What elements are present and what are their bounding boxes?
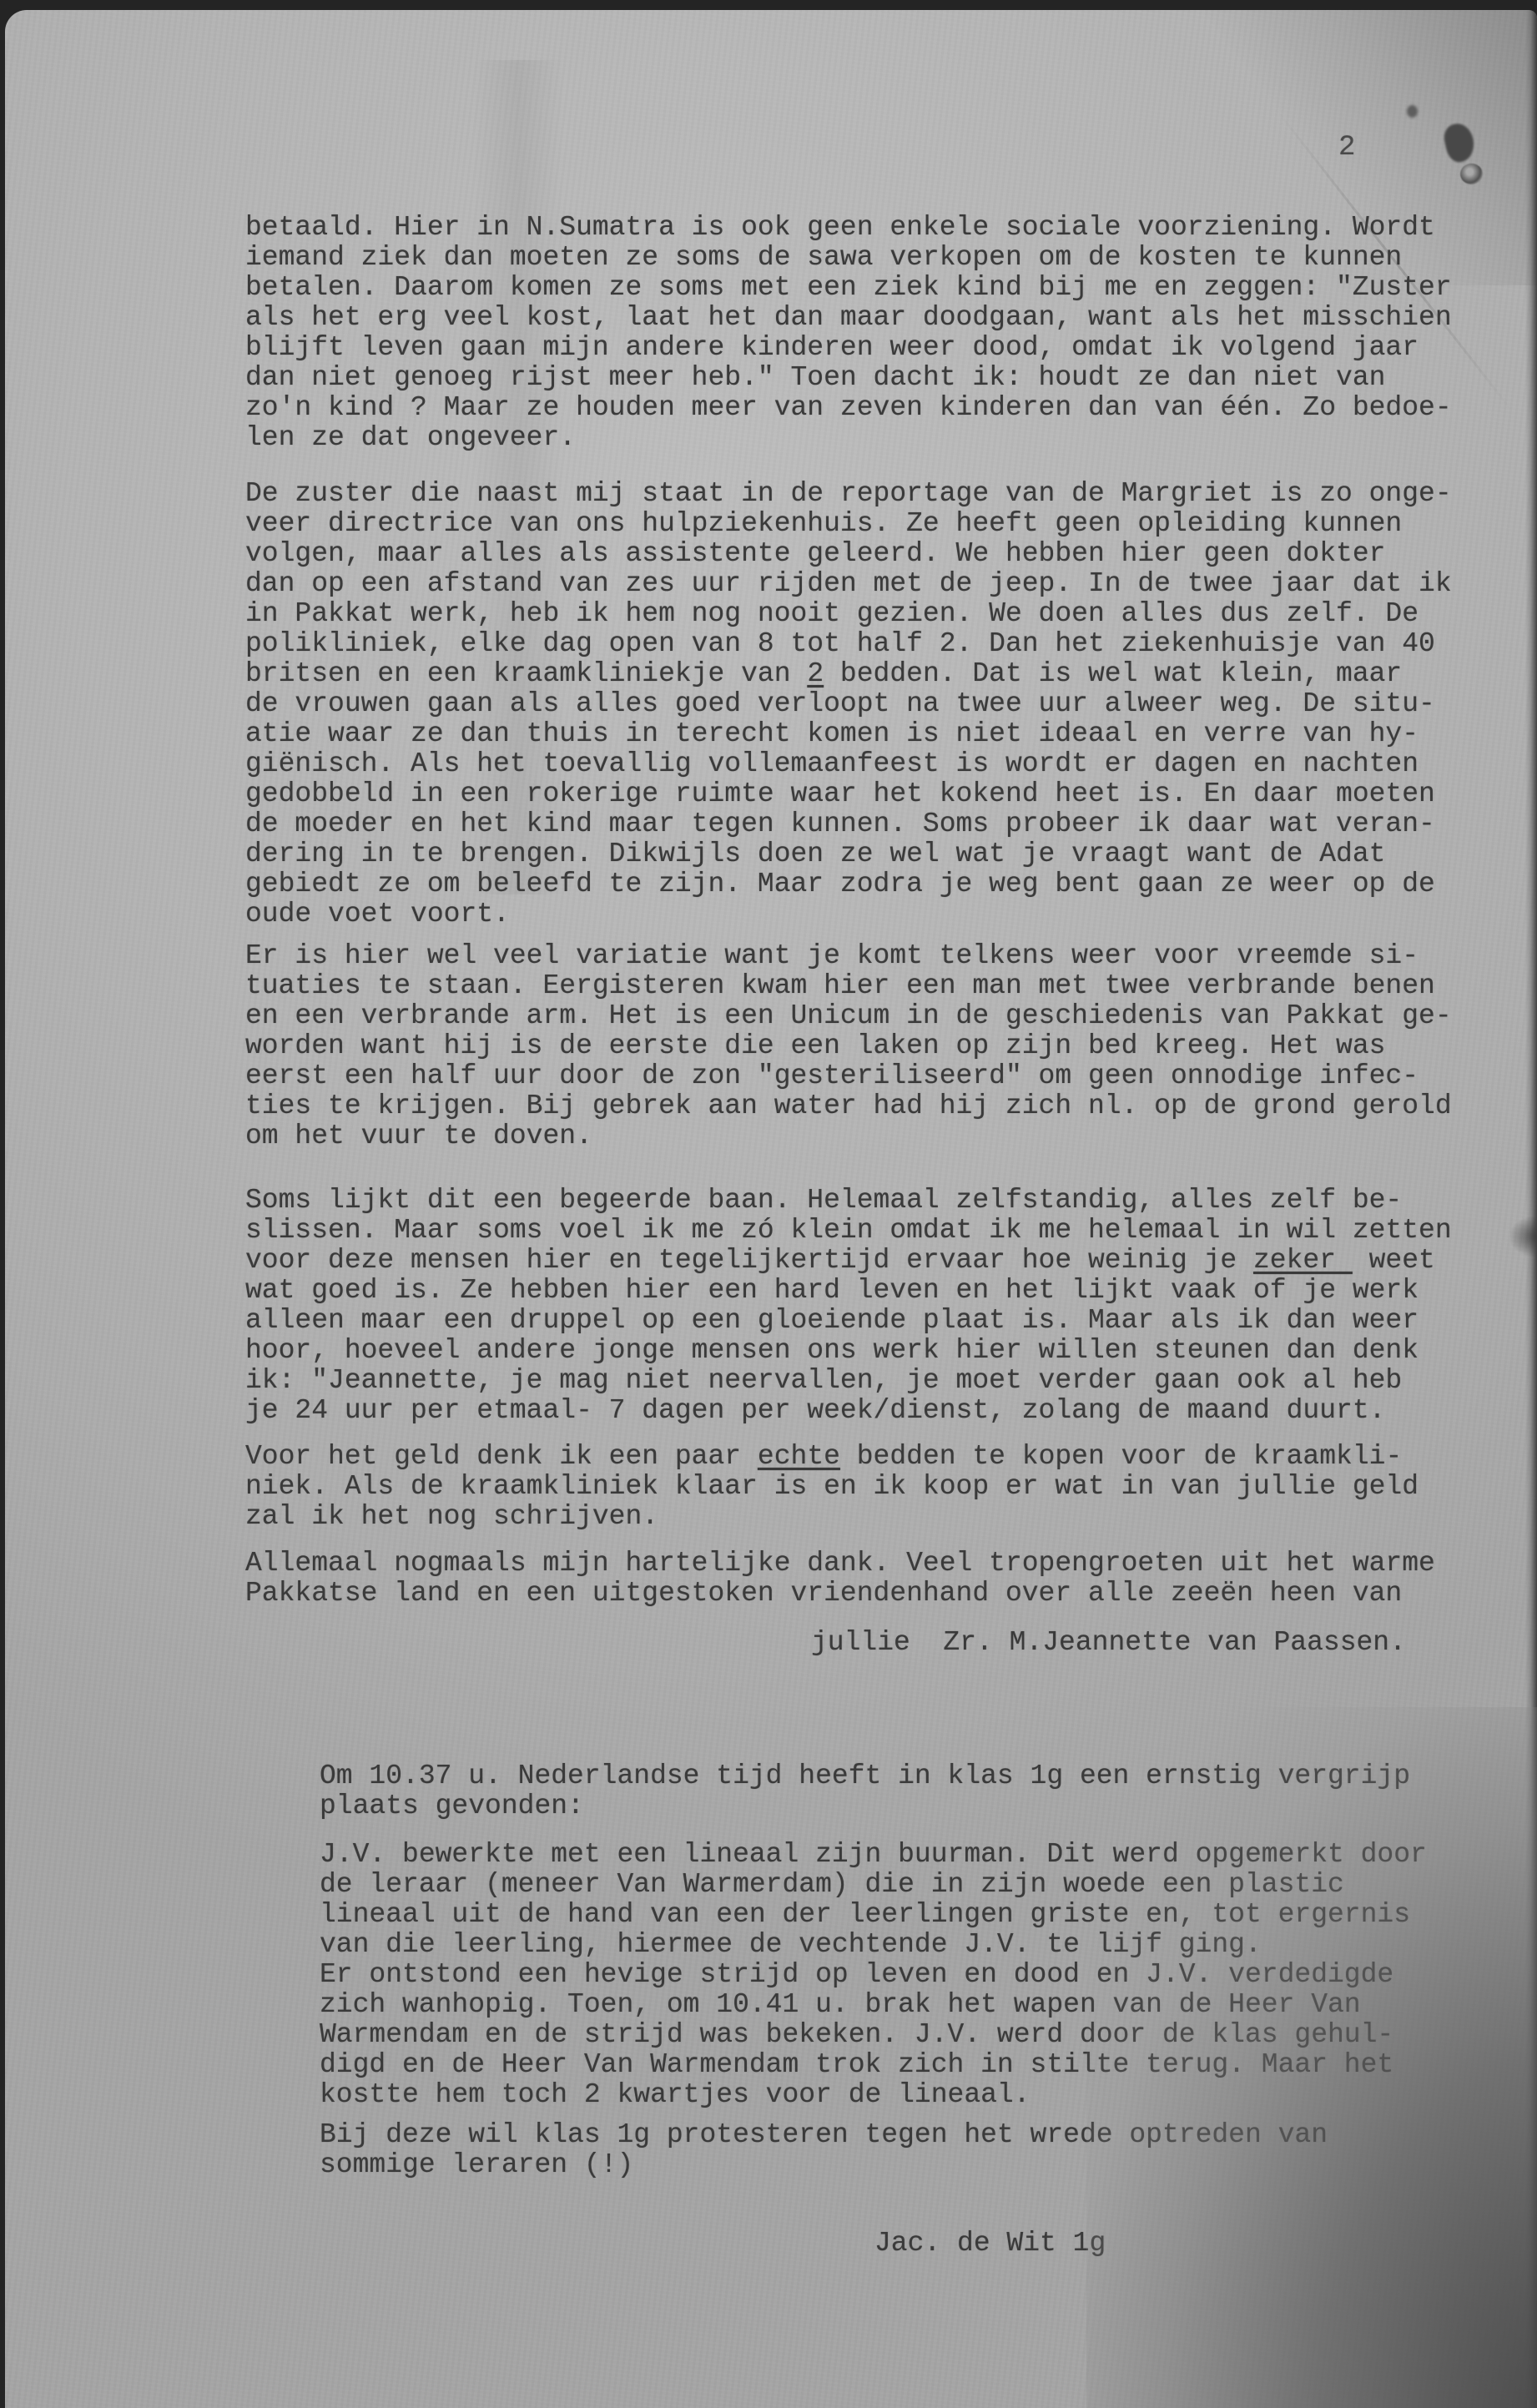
underlined-text: zeker bbox=[1253, 1245, 1353, 1276]
text-segment: zo'n kind ? Maar ze houden meer van zeve… bbox=[245, 392, 1452, 423]
text-line: polikliniek, elke dag open van 8 tot hal… bbox=[245, 629, 1452, 659]
text-line: en een verbrande arm. Het is een Unicum … bbox=[245, 1001, 1452, 1031]
text-segment: zal ik het nog schrijven. bbox=[245, 1501, 658, 1532]
note-signature: Jac. de Wit 1g bbox=[874, 2229, 1106, 2259]
text-line: Soms lijkt dit een begeerde baan. Helema… bbox=[245, 1186, 1452, 1216]
text-segment: Voor het geld denk ik een paar bbox=[245, 1441, 758, 1472]
page-number: 2 bbox=[1338, 132, 1355, 164]
letter-paragraph-5: Voor het geld denk ik een paar echte bed… bbox=[245, 1442, 1419, 1532]
letter-signature: jullie Zr. M.Jeannette van Paassen. bbox=[811, 1628, 1406, 1658]
letter-paragraph-3: Er is hier wel veel variatie want je kom… bbox=[245, 941, 1452, 1151]
text-segment: britsen en een kraamkliniekje van bbox=[245, 658, 807, 689]
text-segment: dering in te brengen. Dikwijls doen ze w… bbox=[245, 839, 1385, 869]
text-segment: betaald. Hier in N.Sumatra is ook geen e… bbox=[245, 212, 1435, 243]
text-segment: in Pakkat werk, heb ik hem nog nooit gez… bbox=[245, 598, 1419, 629]
text-line: in Pakkat werk, heb ik hem nog nooit gez… bbox=[245, 599, 1452, 629]
text-line: betaald. Hier in N.Sumatra is ook geen e… bbox=[245, 213, 1452, 243]
text-line: zal ik het nog schrijven. bbox=[245, 1502, 1419, 1532]
text-line: slissen. Maar soms voel ik me zó klein o… bbox=[245, 1216, 1452, 1246]
underlined-text: echte bbox=[758, 1441, 840, 1472]
text-segment: wat goed is. Ze hebben hier een hard lev… bbox=[245, 1275, 1419, 1306]
text-line: worden want hij is de eerste die een lak… bbox=[245, 1031, 1452, 1061]
text-line: gebiedt ze om beleefd te zijn. Maar zodr… bbox=[245, 869, 1452, 899]
text-line: tuaties te staan. Eergisteren kwam hier … bbox=[245, 971, 1452, 1001]
text-segment: dan op een afstand van zes uur rijden me… bbox=[245, 568, 1452, 599]
text-segment: veer directrice van ons hulpziekenhuis. … bbox=[245, 508, 1402, 539]
text-line: niek. Als de kraamkliniek klaar is en ik… bbox=[245, 1472, 1419, 1502]
ink-blotch-dot bbox=[1407, 105, 1418, 118]
text-segment: plaats gevonden: bbox=[320, 1791, 584, 1821]
text-line: Allemaal nogmaals mijn hartelijke dank. … bbox=[245, 1549, 1435, 1579]
text-segment: ties te krijgen. Bij gebrek aan water ha… bbox=[245, 1091, 1452, 1121]
letter-paragraph-4: Soms lijkt dit een begeerde baan. Helema… bbox=[245, 1186, 1452, 1426]
text-segment: Pakkatse land en een uitgestoken vriende… bbox=[245, 1578, 1402, 1609]
text-line: dan op een afstand van zes uur rijden me… bbox=[245, 569, 1452, 599]
text-line: Er is hier wel veel variatie want je kom… bbox=[245, 941, 1452, 971]
text-segment: oude voet voort. bbox=[245, 899, 510, 929]
text-segment: sommige leraren (!) bbox=[320, 2149, 633, 2180]
text-line: britsen en een kraamkliniekje van 2 bedd… bbox=[245, 659, 1452, 689]
text-line: ik: "Jeannette, je mag niet neervallen, … bbox=[245, 1366, 1452, 1396]
text-line: len ze dat ongeveer. bbox=[245, 423, 1452, 453]
text-line: betalen. Daarom komen ze soms met een zi… bbox=[245, 273, 1452, 303]
letter-paragraph-6: Allemaal nogmaals mijn hartelijke dank. … bbox=[245, 1549, 1435, 1609]
text-segment: je 24 uur per etmaal- 7 dagen per week/d… bbox=[245, 1395, 1385, 1426]
text-segment: bedden. Dat is wel wat klein, maar bbox=[824, 658, 1402, 689]
text-segment: als het erg veel kost, laat het dan maar… bbox=[245, 302, 1452, 333]
text-line: als het erg veel kost, laat het dan maar… bbox=[245, 303, 1452, 333]
text-line: eerst een half uur door de zon "gesteril… bbox=[245, 1061, 1452, 1091]
text-segment: bedden te kopen voor de kraamkli- bbox=[840, 1441, 1402, 1472]
text-line: hoor, hoeveel andere jonge mensen ons we… bbox=[245, 1336, 1452, 1366]
text-line: volgen, maar alles als assistente geleer… bbox=[245, 539, 1452, 569]
text-line: giënisch. Als het toevallig vollemaanfee… bbox=[245, 749, 1452, 779]
text-segment: polikliniek, elke dag open van 8 tot hal… bbox=[245, 628, 1435, 659]
text-line: veer directrice van ons hulpziekenhuis. … bbox=[245, 509, 1452, 539]
text-line: alleen maar een druppel op een gloeiende… bbox=[245, 1306, 1452, 1336]
text-segment: slissen. Maar soms voel ik me zó klein o… bbox=[245, 1215, 1452, 1246]
text-line: ties te krijgen. Bij gebrek aan water ha… bbox=[245, 1091, 1452, 1121]
text-segment: en een verbrande arm. Het is een Unicum … bbox=[245, 1000, 1452, 1031]
text-segment: de vrouwen gaan als alles goed verloopt … bbox=[245, 688, 1435, 719]
text-segment: len ze dat ongeveer. bbox=[245, 422, 576, 453]
text-line: voor deze mensen hier en tegelijkertijd … bbox=[245, 1246, 1452, 1276]
ink-blotch-ring bbox=[1460, 164, 1483, 184]
text-segment: hoor, hoeveel andere jonge mensen ons we… bbox=[245, 1335, 1419, 1366]
paper-edge-notch bbox=[1510, 1217, 1537, 1257]
text-segment: eerst een half uur door de zon "gesteril… bbox=[245, 1060, 1419, 1091]
text-line: Pakkatse land en een uitgestoken vriende… bbox=[245, 1579, 1435, 1609]
text-segment: Allemaal nogmaals mijn hartelijke dank. … bbox=[245, 1548, 1435, 1579]
text-segment: Soms lijkt dit een begeerde baan. Helema… bbox=[245, 1185, 1402, 1216]
text-segment: atie waar ze dan thuis in terecht komen … bbox=[245, 718, 1419, 749]
text-segment: kostte hem toch 2 kwartjes voor de linea… bbox=[320, 2079, 1031, 2110]
text-line: de moeder en het kind maar tegen kunnen.… bbox=[245, 809, 1452, 839]
underlined-text: 2 bbox=[807, 658, 824, 689]
text-segment: dan niet genoeg rijst meer heb." Toen da… bbox=[245, 362, 1385, 393]
text-segment: weet bbox=[1353, 1245, 1435, 1276]
text-segment: de moeder en het kind maar tegen kunnen.… bbox=[245, 809, 1435, 839]
text-line: gedobbeld in een rokerige ruimte waar he… bbox=[245, 779, 1452, 809]
text-line: iemand ziek dan moeten ze soms de sawa v… bbox=[245, 243, 1452, 273]
text-line: om het vuur te doven. bbox=[245, 1121, 1452, 1151]
text-line: je 24 uur per etmaal- 7 dagen per week/d… bbox=[245, 1396, 1452, 1426]
text-segment: iemand ziek dan moeten ze soms de sawa v… bbox=[245, 242, 1402, 273]
letter-paragraph-2: De zuster die naast mij staat in de repo… bbox=[245, 479, 1452, 929]
text-line: dan niet genoeg rijst meer heb." Toen da… bbox=[245, 363, 1452, 393]
text-segment: ik: "Jeannette, je mag niet neervallen, … bbox=[245, 1365, 1402, 1396]
text-line: blijft leven gaan mijn andere kinderen w… bbox=[245, 333, 1452, 363]
letter-paragraph-1: betaald. Hier in N.Sumatra is ook geen e… bbox=[245, 213, 1452, 453]
text-line: Voor het geld denk ik een paar echte bed… bbox=[245, 1442, 1419, 1472]
text-line: wat goed is. Ze hebben hier een hard lev… bbox=[245, 1276, 1452, 1306]
text-line: de vrouwen gaan als alles goed verloopt … bbox=[245, 689, 1452, 719]
text-segment: om het vuur te doven. bbox=[245, 1121, 592, 1151]
text-line: De zuster die naast mij staat in de repo… bbox=[245, 479, 1452, 509]
text-segment: Er is hier wel veel variatie want je kom… bbox=[245, 940, 1419, 971]
text-segment: volgen, maar alles als assistente geleer… bbox=[245, 538, 1385, 569]
text-segment: blijft leven gaan mijn andere kinderen w… bbox=[245, 332, 1419, 363]
text-segment: De zuster die naast mij staat in de repo… bbox=[245, 478, 1452, 509]
text-line: zo'n kind ? Maar ze houden meer van zeve… bbox=[245, 393, 1452, 423]
text-segment: gedobbeld in een rokerige ruimte waar he… bbox=[245, 778, 1435, 809]
text-segment: betalen. Daarom komen ze soms met een zi… bbox=[245, 272, 1452, 303]
text-line: oude voet voort. bbox=[245, 899, 1452, 929]
text-segment: voor deze mensen hier en tegelijkertijd … bbox=[245, 1245, 1253, 1276]
text-segment: tuaties te staan. Eergisteren kwam hier … bbox=[245, 970, 1435, 1001]
text-segment: gebiedt ze om beleefd te zijn. Maar zodr… bbox=[245, 869, 1435, 899]
bottom-right-shadow bbox=[1086, 1707, 1537, 2408]
text-segment: alleen maar een druppel op een gloeiende… bbox=[245, 1305, 1419, 1336]
text-line: dering in te brengen. Dikwijls doen ze w… bbox=[245, 839, 1452, 869]
text-segment: worden want hij is de eerste die een lak… bbox=[245, 1030, 1385, 1061]
text-segment: niek. Als de kraamkliniek klaar is en ik… bbox=[245, 1471, 1419, 1502]
paper-sheet: 2 betaald. Hier in N.Sumatra is ook geen… bbox=[5, 10, 1537, 2408]
text-segment: giënisch. Als het toevallig vollemaanfee… bbox=[245, 748, 1419, 779]
text-line: atie waar ze dan thuis in terecht komen … bbox=[245, 719, 1452, 749]
